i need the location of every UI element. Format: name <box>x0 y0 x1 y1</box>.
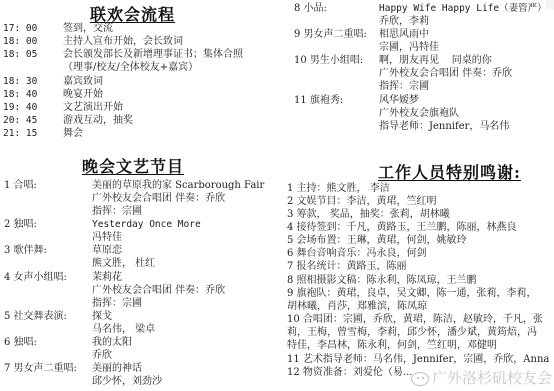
staff-line: 3 筹款， 奖品，抽奖：张莉，胡林曦 <box>287 208 450 221</box>
program-line: 我的太阳 <box>92 336 132 349</box>
program-line: 广外校友会旗袍队 <box>379 107 459 120</box>
program-label: 11 旗袍秀: <box>294 94 343 107</box>
staff-line: 6 舞台音响音乐：冯永良，何剑 <box>287 247 427 260</box>
program-label: 5 社交舞表演: <box>4 310 67 323</box>
program-line: 指挥：宗圃 <box>92 205 142 218</box>
program-label: 9 男女声二重唱: <box>294 28 367 41</box>
program-label: 8 小品: <box>294 2 327 15</box>
program-line: 相思风雨中 <box>379 28 429 41</box>
program-line: 广外校友会合唱团 伴奏：乔欣 <box>92 192 225 205</box>
program-line: 马名伟， 梁卓 <box>92 323 155 336</box>
program-label: 3 歌伴舞: <box>4 244 47 257</box>
staff-line: 1 主持：熊文胜， 李洁 <box>287 182 390 195</box>
program-label: 10 男生小组唱: <box>294 54 363 67</box>
schedule-time: 18: 30 <box>3 75 37 88</box>
program-line: 乔欣 <box>92 349 112 362</box>
program-label: 1 合唱: <box>4 179 37 192</box>
staff-line: 8 照相摄影文稿：陈永利，陈凤琼，王兰鹏 <box>287 274 477 287</box>
program-line: 广外校友会合唱团 伴奏：乔欣 <box>92 284 225 297</box>
staff-line: 莉，王梅，曾雪梅，李莉，邱少怀，潘少斌，黄筠焙，冯 <box>287 326 537 339</box>
program-line: 风华嫒梦 <box>379 94 419 107</box>
program-line: Happy Wife Happy Life（妻管严） <box>379 2 547 15</box>
staff-line: 11 艺术指导老师：马名伟，Jennifer，宗圃，乔欣，Anna <box>287 353 549 366</box>
program-label: 7 男女声二重唱: <box>4 362 77 375</box>
schedule-text: 舞会 <box>63 127 83 140</box>
program-line: 邱少怀，刘劲沙 <box>92 375 162 388</box>
schedule-text: 文艺演出开始 <box>63 101 123 114</box>
schedule-text: 主持人宣布开始，会长致词 <box>63 35 183 48</box>
program-line: Yesterday Once More <box>92 218 201 231</box>
program-line: 茉莉花 <box>92 271 122 284</box>
program-line: 探戈 <box>92 310 112 323</box>
watermark: 广外洛杉矶校友会 <box>411 370 552 387</box>
schedule-text: 签到，交流 <box>63 22 113 35</box>
corner-mark <box>546 0 554 10</box>
staff-line: 胡林曦，肖莎，郑雅滨，陈凤琼 <box>287 300 427 313</box>
program-label: 4 女声小组唱: <box>4 271 67 284</box>
staff-line: 12 物资准备：刘爱伦（易... <box>287 366 412 379</box>
staff-line: 4 接待签到：千凡，黄路玉，王兰鹏，陈丽，林燕良 <box>287 221 517 234</box>
program-line: 指挥：宗圃 <box>92 297 142 310</box>
program-line: 草原恋 <box>92 244 122 257</box>
schedule-time: 18: 00 <box>3 35 37 48</box>
schedule-text: 游戏互动，抽奖 <box>63 114 133 127</box>
schedule-text: 晚宴开始 <box>63 88 103 101</box>
schedule-time: 20: 45 <box>3 114 37 127</box>
staff-line: 10 合唱团：宗圃，乔欣，黄珺，陈洁，赵敏玲，千凡，张 <box>287 313 543 326</box>
schedule-text: （理事/校友/全体校友+嘉宾） <box>63 61 198 74</box>
program-line: 冯特佳 <box>92 231 122 244</box>
program-line: 啊，朋友再见 同桌的你 <box>379 54 492 67</box>
program-title: 晚会文艺节目 <box>82 157 184 177</box>
staff-line: 5 会场布置：王琳，黄珺，何剑，姚敏玲 <box>287 234 467 247</box>
program-line: 广外校友会合唱团 伴奏：乔欣 <box>379 67 512 80</box>
program-label: 6 独唱: <box>4 336 37 349</box>
schedule-time: 18: 40 <box>3 88 37 101</box>
staff-line: 7 报名统计：黄路玉，陈丽 <box>287 260 407 273</box>
schedule-text: 会长颁发部长及新增理事证书；集体合照 <box>63 48 243 61</box>
staff-line: 2 文娱节目：李洁，黄珺，竺红明 <box>287 195 437 208</box>
program-line: 指挥：宗圃 <box>379 80 429 93</box>
schedule-time: 21: 15 <box>3 127 37 140</box>
staff-title: 工作人员特别鸣谢: <box>378 163 521 183</box>
schedule-time: 18: 05 <box>3 48 37 61</box>
program-line: 宗圃，冯特佳 <box>379 41 439 54</box>
watermark-text: 广外洛杉矶校友会 <box>432 370 552 387</box>
wechat-smile-icon <box>411 372 429 386</box>
program-line: 指导老师：Jennifer，马名伟 <box>379 120 509 133</box>
schedule-text: 嘉宾致词 <box>63 75 103 88</box>
program-line: 美丽的神话 <box>92 362 142 375</box>
program-line: 乔欣，李莉 <box>379 15 429 28</box>
program-line: 美丽的草原我的家 Scarborough Fair <box>92 179 264 192</box>
program-line: 熊文胜， 杜红 <box>92 257 155 270</box>
staff-line: 9 旗袍队：黄珺，良卓，吴文卿，陈一通，张莉，李莉， <box>287 287 537 300</box>
schedule-time: 19: 40 <box>3 101 37 114</box>
staff-line: 特佳，李昌林，陈永利，何剑，竺红明，邓健明 <box>287 339 497 352</box>
schedule-time: 17: 00 <box>3 22 37 35</box>
program-label: 2 独唱: <box>4 218 37 231</box>
